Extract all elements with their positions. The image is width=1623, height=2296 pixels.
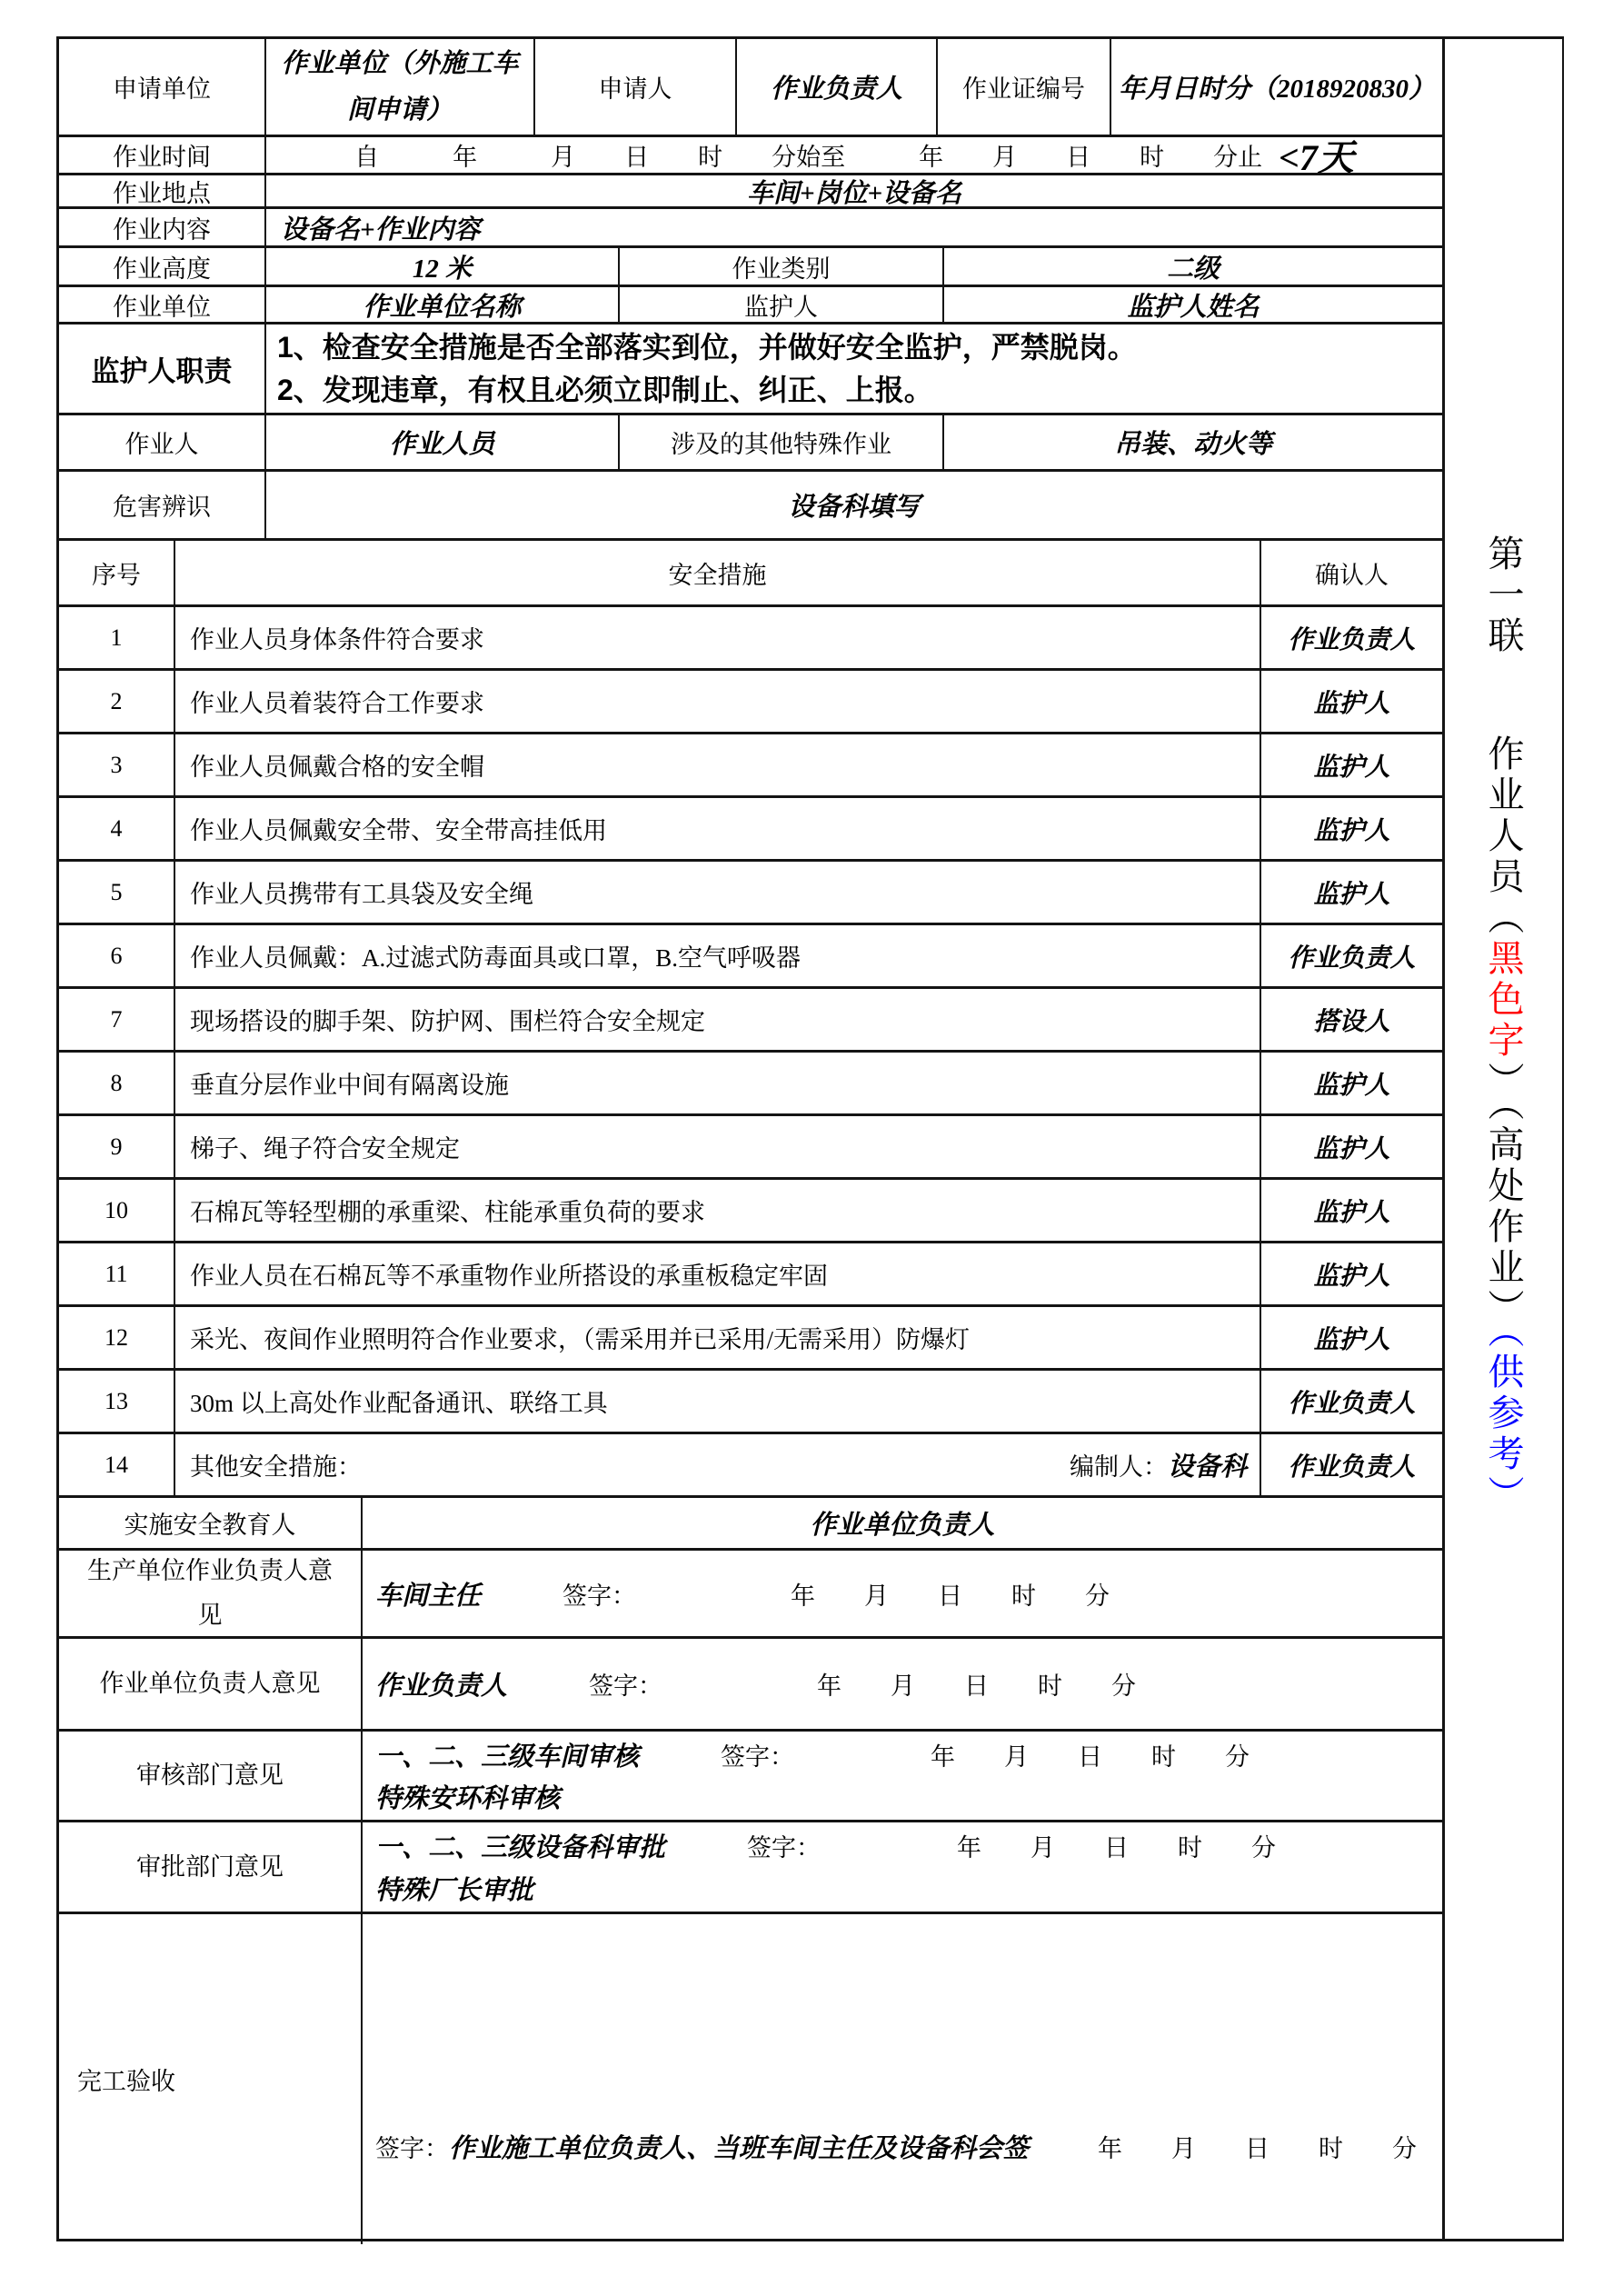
measure-row: 5 作业人员携带有工具袋及安全绳 监护人 — [59, 862, 1442, 925]
signature-date-blanks: 年 月 日 时 分 — [931, 1737, 1250, 1772]
measure-confirmer: 监护人 — [1261, 1053, 1442, 1113]
row-completion-acceptance: 完工验收 签字：作业施工单位负责人、当班车间主任及设备科会签 年 月 日 时 分 — [59, 1914, 1442, 2244]
row-guardian-duty: 监护人职责 1、检查安全措施是否全部落实到位，并做好安全监护，严禁脱岗。 2、发… — [59, 324, 1442, 415]
measure-text: 采光、夜间作业照明符合作业要求，（需采用并已采用/无需采用）防爆灯 — [175, 1307, 1261, 1368]
row-workers: 作业人 作业人员 涉及的其他特殊作业 吊装、动火等 — [59, 415, 1442, 472]
col-header-no: 序号 — [59, 541, 175, 604]
measure-row: 3 作业人员佩戴合格的安全帽 监护人 — [59, 734, 1442, 798]
signature-date-blanks: 年 月 日 时 分 — [1098, 2129, 1417, 2164]
measure-text: 石棉瓦等轻型棚的承重梁、柱能承重负荷的要求 — [175, 1180, 1261, 1241]
completion-sign-group: 签字：作业施工单位负责人、当班车间主任及设备科会签 — [375, 2128, 1029, 2165]
signer-role: 一、二、三级设备科审批 — [375, 1827, 665, 1864]
signature-date-blanks: 年 月 日 时 分 — [791, 1576, 1110, 1612]
applicant-value: 作业负责人 — [737, 39, 938, 135]
measure-text: 作业人员身体条件符合要求 — [175, 607, 1261, 668]
permit-table: 申请单位 作业单位（外施工车间申请） 申请人 作业负责人 作业证编号 年月日时分… — [56, 36, 1445, 2241]
measure-row: 12 采光、夜间作业照明符合作业要求，（需采用并已采用/无需采用）防爆灯 监护人 — [59, 1307, 1442, 1371]
copy-holder-red-text: 黑色字 — [1483, 939, 1524, 1062]
copy-strip: 第一联作业人员（黑色字）（高处作业）（供参考） — [1445, 36, 1564, 2241]
permit-no-value: 年月日时分（2018920830） — [1111, 39, 1442, 135]
permit-form-page: 申请单位 作业单位（外施工车间申请） 申请人 作业负责人 作业证编号 年月日时分… — [0, 0, 1623, 2296]
measure-confirmer: 监护人 — [1261, 734, 1442, 795]
measure-no: 4 — [59, 798, 175, 859]
row-production-leader-opinion: 生产单位作业负责人意见 车间主任 签字： 年 月 日 时 分 — [59, 1551, 1442, 1639]
measure-row-other: 14 其他安全措施： 编制人：设备科 作业负责人 — [59, 1434, 1442, 1498]
measure-no: 6 — [59, 925, 175, 986]
measure-confirmer: 监护人 — [1261, 1180, 1442, 1241]
row-work-time: 作业时间 自 年 月 日 时 分始至 年 月 日 时 分止 <7天 — [59, 137, 1442, 175]
signature-date-blanks: 年 月 日 时 分 — [817, 1666, 1136, 1702]
signature-label: 签字： — [721, 1737, 794, 1772]
copy-strip-vertical-text: 第一联作业人员（黑色字）（高处作业）（供参考） — [1478, 39, 1529, 2239]
work-content-value: 设备名+作业内容 — [266, 209, 1442, 245]
measure-text: 作业人员佩戴合格的安全帽 — [175, 734, 1261, 795]
production-leader-opinion-label: 生产单位作业负责人意见 — [59, 1551, 363, 1636]
measure-confirmer: 作业负责人 — [1261, 925, 1442, 986]
signature-label: 签字： — [589, 1666, 662, 1702]
compiler-value: 设备科 — [1168, 1452, 1247, 1482]
applicant-label: 申请人 — [535, 39, 737, 135]
measure-no: 5 — [59, 862, 175, 923]
measure-row: 1 作业人员身体条件符合要求 作业负责人 — [59, 607, 1442, 671]
row-apply-unit: 申请单位 作业单位（外施工车间申请） 申请人 作业负责人 作业证编号 年月日时分… — [59, 39, 1442, 137]
work-place-label: 作业地点 — [59, 175, 266, 206]
measure-no: 14 — [59, 1434, 175, 1495]
measure-row: 8 垂直分层作业中间有隔离设施 监护人 — [59, 1053, 1442, 1116]
compiler-label: 编制人： — [1070, 1453, 1168, 1481]
compiler-group: 编制人：设备科 — [1070, 1446, 1247, 1483]
signature-label: 签字： — [375, 2135, 449, 2162]
completion-sign-line: 签字：作业施工单位负责人、当班车间主任及设备科会签 年 月 日 时 分 — [375, 2128, 1417, 2165]
row-work-unit: 作业单位 作业单位名称 监护人 监护人姓名 — [59, 287, 1442, 324]
approval-line-1: 一、二、三级设备科审批 签字： 年 月 日 时 分 — [375, 1827, 1442, 1864]
measure-no: 2 — [59, 671, 175, 732]
work-unit-leader-opinion-label: 作业单位负责人意见 — [59, 1639, 363, 1729]
signature-label: 签字： — [747, 1828, 821, 1863]
apply-unit-value: 作业单位（外施工车间申请） — [266, 39, 535, 135]
measure-text: 作业人员着装符合工作要求 — [175, 671, 1261, 732]
strip-spacer — [1503, 657, 1504, 734]
review-dept-opinion-label: 审核部门意见 — [59, 1732, 363, 1820]
work-content-label: 作业内容 — [59, 209, 266, 245]
work-unit-leader-opinion-content: 作业负责人 签字： 年 月 日 时 分 — [363, 1639, 1442, 1729]
measure-no: 7 — [59, 989, 175, 1050]
measure-confirmer: 监护人 — [1261, 1243, 1442, 1304]
measure-text: 作业人员携带有工具袋及安全绳 — [175, 862, 1261, 923]
workers-label: 作业人 — [59, 415, 266, 469]
measures-header-row: 序号 安全措施 确认人 — [59, 541, 1442, 607]
work-place-value: 车间+岗位+设备名 — [266, 175, 1442, 206]
work-height-label: 作业高度 — [59, 248, 266, 285]
measure-no: 8 — [59, 1053, 175, 1113]
permit-no-label: 作业证编号 — [938, 39, 1111, 135]
measure-confirmer: 监护人 — [1261, 671, 1442, 732]
measure-no: 13 — [59, 1371, 175, 1432]
measure-confirmer: 监护人 — [1261, 862, 1442, 923]
approval-dept-opinion-label: 审批部门意见 — [59, 1822, 363, 1912]
signature-date-blanks: 年 月 日 时 分 — [957, 1828, 1276, 1863]
measure-no: 10 — [59, 1180, 175, 1241]
measure-text: 作业人员佩戴安全带、安全带高挂低用 — [175, 798, 1261, 859]
measure-row: 9 梯子、绳子符合安全规定 监护人 — [59, 1116, 1442, 1180]
col-header-confirmer: 确认人 — [1261, 541, 1442, 604]
other-special-work-value: 吊装、动火等 — [944, 415, 1442, 469]
guardian-duty-line1: 1、检查安全措施是否全部落实到位，并做好安全监护，严禁脱岗。 — [277, 326, 1137, 368]
work-category-value: 二级 — [944, 248, 1442, 285]
copy-number: 第一联 — [1483, 534, 1524, 657]
row-approval-dept-opinion: 审批部门意见 一、二、三级设备科审批 签字： 年 月 日 时 分 特殊厂长审批 — [59, 1822, 1442, 1914]
measure-confirmer: 监护人 — [1261, 1116, 1442, 1177]
measure-no: 11 — [59, 1243, 175, 1304]
work-time-limit: <7天 — [1279, 137, 1354, 173]
measure-row: 11 作业人员在石棉瓦等不承重物作业所搭设的承重板稳定牢固 监护人 — [59, 1243, 1442, 1307]
row-work-content: 作业内容 设备名+作业内容 — [59, 209, 1442, 248]
copy-reference-note: （供参考） — [1483, 1330, 1524, 1516]
apply-unit-label: 申请单位 — [59, 39, 266, 135]
row-work-height: 作业高度 12 米 作业类别 二级 — [59, 248, 1442, 287]
measure-row: 10 石棉瓦等轻型棚的承重梁、柱能承重负荷的要求 监护人 — [59, 1180, 1442, 1243]
work-unit-value: 作业单位名称 — [266, 287, 620, 322]
measure-text: 现场搭设的脚手架、防护网、围栏符合安全规定 — [175, 989, 1261, 1050]
work-category-label: 作业类别 — [620, 248, 944, 285]
other-measures-label: 其他安全措施： — [190, 1447, 362, 1482]
measure-text: 垂直分层作业中间有隔离设施 — [175, 1053, 1261, 1113]
col-header-measure: 安全措施 — [175, 541, 1261, 604]
measure-confirmer: 作业负责人 — [1261, 607, 1442, 668]
production-leader-opinion-content: 车间主任 签字： 年 月 日 时 分 — [363, 1551, 1442, 1636]
guardian-label: 监护人 — [620, 287, 944, 322]
hazard-id-value: 设备科填写 — [266, 472, 1442, 538]
measure-confirmer: 搭设人 — [1261, 989, 1442, 1050]
work-time-label: 作业时间 — [59, 137, 266, 173]
measure-row: 7 现场搭设的脚手架、防护网、围栏符合安全规定 搭设人 — [59, 989, 1442, 1053]
guardian-duty-label: 监护人职责 — [59, 324, 266, 413]
measure-row: 4 作业人员佩戴安全带、安全带高挂低用 监护人 — [59, 798, 1442, 862]
review-dept-opinion-content: 一、二、三级车间审核 签字： 年 月 日 时 分 特殊安环科审核 — [363, 1732, 1442, 1820]
measure-text-other: 其他安全措施： 编制人：设备科 — [175, 1434, 1261, 1495]
guardian-duty-content: 1、检查安全措施是否全部落实到位，并做好安全监护，严禁脱岗。 2、发现违章，有权… — [266, 324, 1442, 413]
work-time-blanks: 自 年 月 日 时 分始至 年 月 日 时 分止 — [354, 137, 1262, 173]
copy-holder-prefix: 作业人员（ — [1483, 734, 1524, 939]
review-line-1: 一、二、三级车间审核 签字： 年 月 日 时 分 — [375, 1736, 1442, 1773]
measure-confirmer: 监护人 — [1261, 798, 1442, 859]
hazard-id-label: 危害辨识 — [59, 472, 266, 538]
measure-confirmer: 作业负责人 — [1261, 1434, 1442, 1495]
copy-holder-suffix: ）（高处作业） — [1483, 1062, 1524, 1330]
measure-confirmer: 监护人 — [1261, 1307, 1442, 1368]
row-hazard-id: 危害辨识 设备科填写 — [59, 472, 1442, 541]
measure-text: 30m 以上高处作业配备通讯、联络工具 — [175, 1371, 1261, 1432]
safety-education-value: 作业单位负责人 — [363, 1498, 1442, 1548]
completion-acceptance-label: 完工验收 — [59, 1914, 363, 2244]
work-unit-label: 作业单位 — [59, 287, 266, 322]
measure-row: 2 作业人员着装符合工作要求 监护人 — [59, 671, 1442, 734]
measure-text: 作业人员佩戴：A.过滤式防毒面具或口罩，B.空气呼吸器 — [175, 925, 1261, 986]
work-height-value: 12 米 — [266, 248, 620, 285]
signature-label: 签字： — [563, 1576, 636, 1612]
measure-text: 梯子、绳子符合安全规定 — [175, 1116, 1261, 1177]
guardian-value: 监护人姓名 — [944, 287, 1442, 322]
signer-role: 车间主任 — [375, 1575, 481, 1612]
row-work-unit-leader-opinion: 作业单位负责人意见 作业负责人 签字： 年 月 日 时 分 — [59, 1639, 1442, 1732]
measure-no: 1 — [59, 607, 175, 668]
review-line-2: 特殊安环科审核 — [375, 1778, 1442, 1815]
workers-value: 作业人员 — [266, 415, 620, 469]
row-safety-education: 实施安全教育人 作业单位负责人 — [59, 1498, 1442, 1551]
measure-text: 作业人员在石棉瓦等不承重物作业所搭设的承重板稳定牢固 — [175, 1243, 1261, 1304]
row-work-place: 作业地点 车间+岗位+设备名 — [59, 175, 1442, 209]
guardian-duty-line2: 2、发现违章，有权且必须立即制止、纠正、上报。 — [277, 369, 933, 411]
approval-dept-opinion-content: 一、二、三级设备科审批 签字： 年 月 日 时 分 特殊厂长审批 — [363, 1822, 1442, 1912]
signer-role: 作业负责人 — [375, 1665, 507, 1702]
approval-line-2: 特殊厂长审批 — [375, 1870, 1442, 1907]
measure-no: 3 — [59, 734, 175, 795]
measure-row: 13 30m 以上高处作业配备通讯、联络工具 作业负责人 — [59, 1371, 1442, 1434]
row-review-dept-opinion: 审核部门意见 一、二、三级车间审核 签字： 年 月 日 时 分 特殊安环科审核 — [59, 1732, 1442, 1822]
safety-education-label: 实施安全教育人 — [59, 1498, 363, 1548]
work-time-value: 自 年 月 日 时 分始至 年 月 日 时 分止 <7天 — [266, 137, 1442, 173]
other-special-work-label: 涉及的其他特殊作业 — [620, 415, 944, 469]
signer-role-special: 特殊安环科审核 — [375, 1778, 560, 1815]
signer-role: 一、二、三级车间审核 — [375, 1736, 639, 1773]
signer-role-special: 特殊厂长审批 — [375, 1870, 533, 1907]
completion-signers: 作业施工单位负责人、当班车间主任及设备科会签 — [449, 2134, 1029, 2163]
completion-acceptance-content: 签字：作业施工单位负责人、当班车间主任及设备科会签 年 月 日 时 分 — [363, 1914, 1442, 2244]
measure-row: 6 作业人员佩戴：A.过滤式防毒面具或口罩，B.空气呼吸器 作业负责人 — [59, 925, 1442, 989]
measure-no: 9 — [59, 1116, 175, 1177]
measure-confirmer: 作业负责人 — [1261, 1371, 1442, 1432]
measure-no: 12 — [59, 1307, 175, 1368]
